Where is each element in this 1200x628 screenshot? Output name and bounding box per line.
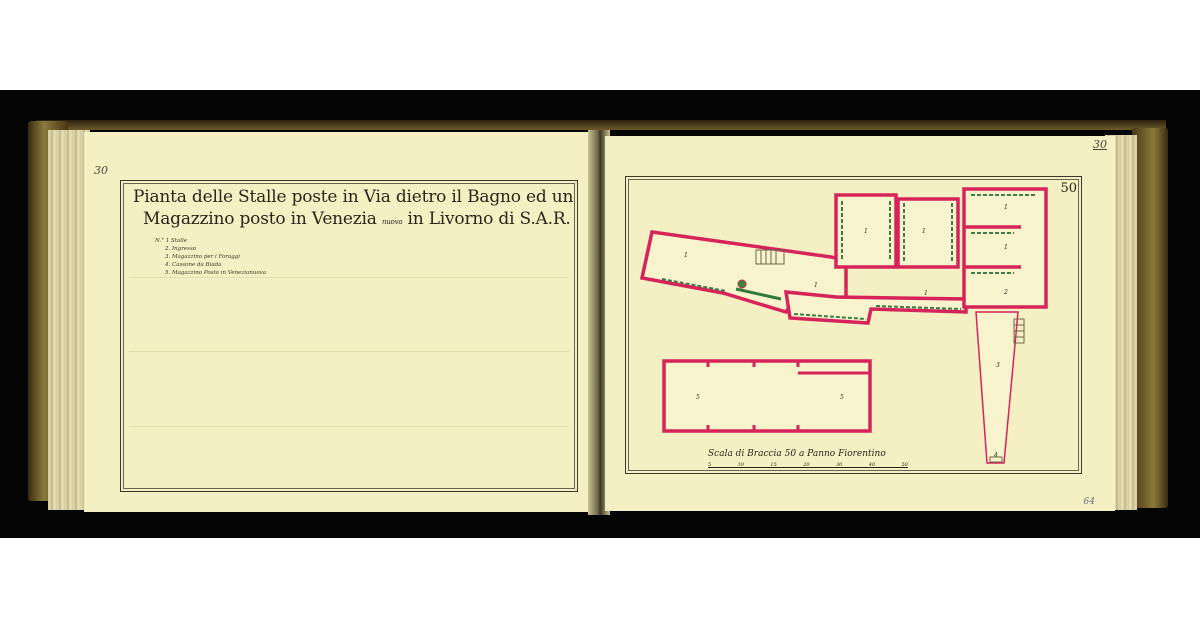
svg-text:1: 1 [922, 228, 926, 235]
svg-text:5: 5 [696, 394, 700, 401]
title-line-2: Magazzino posto in Venezia nuova in Livo… [143, 209, 571, 229]
svg-text:2: 2 [1003, 289, 1008, 296]
svg-text:4: 4 [993, 452, 998, 459]
title-line-2-end: in Livorno di S.A.R. [408, 209, 571, 229]
svg-text:1: 1 [814, 282, 818, 289]
book-cover-right [1132, 128, 1168, 508]
title-line-2-main: Magazzino posto in Venezia [143, 209, 377, 229]
title-line-2-small: nuova [382, 218, 402, 226]
legend-item: 3. Magazzino per i Foraggi [155, 253, 266, 261]
title-line-1: Pianta delle Stalle poste in Via dietro … [133, 187, 573, 207]
svg-text:5: 5 [840, 394, 844, 401]
title-frame: Pianta delle Stalle poste in Via dietro … [120, 180, 578, 492]
svg-text:1: 1 [1004, 204, 1008, 211]
legend-item: 2. Ingresso [155, 245, 266, 253]
svg-text:3: 3 [996, 362, 1000, 369]
ruled-line [129, 426, 569, 427]
footer-number: 64 [1084, 497, 1095, 507]
left-page: 30 Pianta delle Stalle poste in Via diet… [84, 132, 594, 512]
scale-title: Scala di Braccia 50 a Panno Fiorentino [708, 449, 886, 459]
svg-text:1: 1 [1004, 244, 1008, 251]
ruled-line [129, 351, 569, 352]
right-page-number: 30 [1093, 138, 1107, 151]
legend-item: 4. Cassone da Biada [155, 261, 266, 269]
svg-text:1: 1 [924, 290, 928, 297]
svg-text:1: 1 [684, 252, 688, 259]
legend-list: N.° 1 Stalle 2. Ingresso 3. Magazzino pe… [155, 237, 266, 277]
floor-plan-drawing: 111 111 123 554 [626, 177, 1081, 473]
book-cover-top [36, 120, 1166, 130]
scale-bar [708, 467, 908, 468]
legend-item: 5. Magazzino Posto in Venezianuova [155, 269, 266, 277]
svg-text:1: 1 [864, 228, 868, 235]
left-page-number: 30 [94, 164, 108, 177]
legend-item: N.° 1 Stalle [155, 237, 266, 245]
plan-frame: 50 [625, 176, 1082, 474]
right-page: 30 50 [605, 136, 1115, 511]
ruled-line [129, 277, 569, 278]
